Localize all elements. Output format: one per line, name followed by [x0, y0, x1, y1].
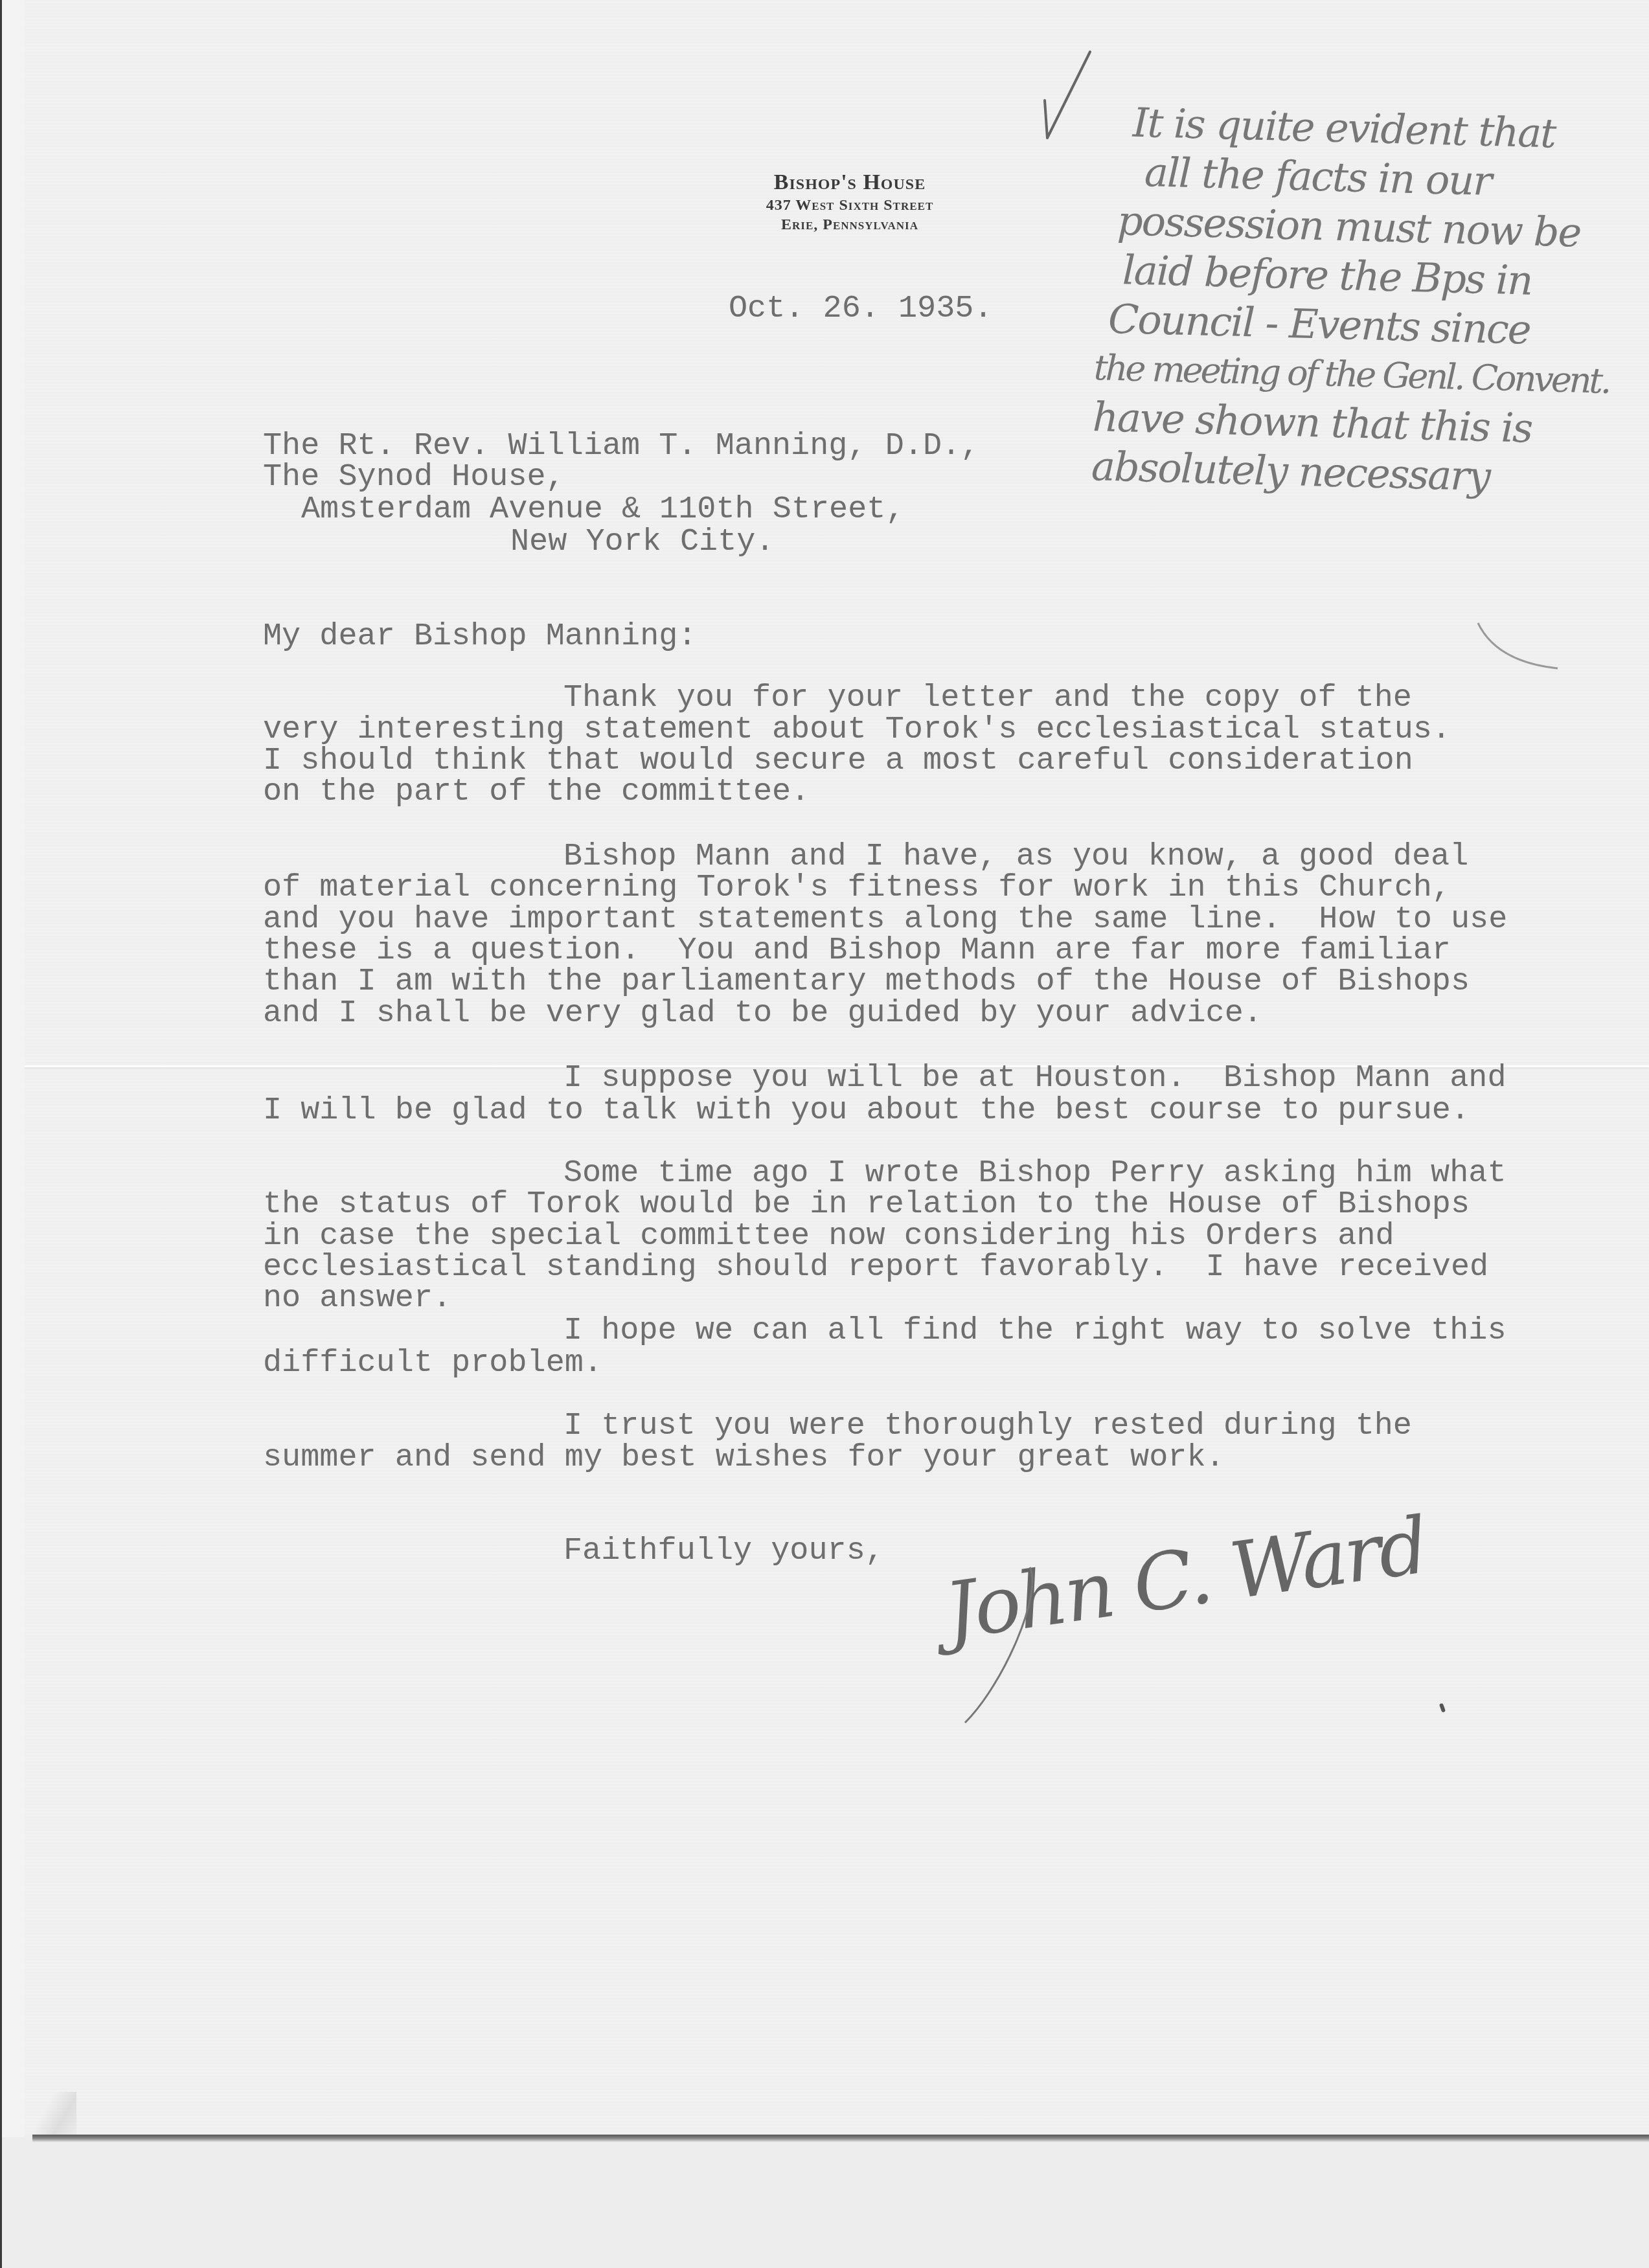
body-line: Bishop Mann and I have, as you know, a g… — [563, 841, 1468, 872]
body-line: Thank you for your letter and the copy o… — [563, 682, 1412, 713]
body-line: difficult problem. — [263, 1347, 602, 1378]
body-line: on the part of the committee. — [263, 776, 810, 807]
body-line: I should think that would secure a most … — [263, 745, 1413, 776]
handwritten-note: It is quite evident that all the facts i… — [1084, 97, 1645, 505]
letterhead-title: Bishop's House — [688, 170, 1012, 196]
body-line: ecclesiastical standing should report fa… — [263, 1251, 1488, 1282]
body-line: in case the special committee now consid… — [263, 1220, 1394, 1251]
letterhead-street: 437 West Sixth Street — [688, 196, 1012, 215]
checkmark-icon — [1040, 49, 1098, 146]
body-line: I trust you were thoroughly rested durin… — [563, 1410, 1412, 1441]
recipient-line-1: The Rt. Rev. William T. Manning, D.D., — [263, 430, 979, 461]
paper-bottom-edge — [32, 2135, 1649, 2142]
body-line: no answer. — [263, 1282, 451, 1313]
body-line: I suppose you will be at Houston. Bishop… — [563, 1062, 1507, 1093]
body-line: I will be glad to talk with you about th… — [263, 1094, 1470, 1126]
closing: Faithfully yours, — [563, 1535, 884, 1566]
body-line: Some time ago I wrote Bishop Perry askin… — [563, 1157, 1507, 1188]
recipient-line-3: Amsterdam Avenue & 110th Street, — [301, 493, 905, 525]
letterhead-city: Erie, Pennsylvania — [688, 215, 1012, 234]
scan-left-strip — [2, 0, 25, 2137]
signature-flourish-icon — [952, 1554, 1354, 1749]
body-line: and I shall be very glad to be guided by… — [263, 997, 1262, 1028]
salutation: My dear Bishop Manning: — [263, 620, 697, 652]
body-line: of material concerning Torok's fitness f… — [263, 872, 1451, 903]
body-line: these is a question. You and Bishop Mann… — [263, 935, 1451, 966]
recipient-line-4: New York City. — [510, 526, 775, 557]
body-line: I hope we can all find the right way to … — [563, 1315, 1507, 1346]
recipient-line-2: The Synod House, — [263, 461, 565, 492]
body-line: than I am with the parliamentary methods… — [263, 966, 1470, 997]
letterhead: Bishop's House 437 West Sixth Street Eri… — [688, 170, 1012, 234]
body-line: summer and send my best wishes for your … — [263, 1442, 1225, 1473]
pencil-flourish-icon — [1477, 622, 1561, 674]
paper-corner-curl — [25, 2092, 76, 2135]
body-line: very interesting statement about Torok's… — [263, 714, 1451, 745]
body-line: the status of Torok would be in relation… — [263, 1188, 1470, 1219]
body-line: and you have important statements along … — [263, 903, 1507, 935]
letter-date: Oct. 26. 1935. — [729, 293, 993, 324]
